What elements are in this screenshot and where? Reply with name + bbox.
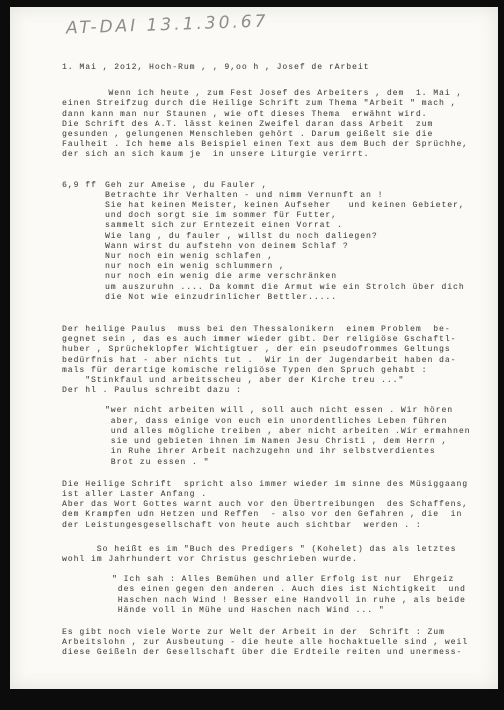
document-body: 1. Mai , 2o12, Hoch-Rum , , 9,oo h , Jos… [62,63,488,659]
dateline: 1. Mai , 2o12, Hoch-Rum , , 9,oo h , Jos… [62,63,488,73]
paragraph-schrift: Die Heilige Schrift spricht also immer w… [62,480,488,531]
kohelet-quote: " Ich sah : Alles Bemühen und aller Erfo… [112,575,488,616]
paragraph-closing: Es gibt noch viele Worte zur Welt der Ar… [62,628,488,659]
proverbs-quote-block: 6,9 ff Geh zur Ameise , du Fauler , Betr… [62,181,488,303]
paragraph-intro: Wenn ich heute , zum Fest Josef des Arbe… [62,89,488,160]
archival-annotation: AT-DAI 13.1.30.67 [66,11,269,38]
paragraph-kohelet: So heißt es im "Buch des Predigers " (Ko… [62,545,488,565]
proverbs-quote: Geh zur Ameise , du Fauler , Betrachte i… [105,181,465,303]
document-page: AT-DAI 13.1.30.67 1. Mai , 2o12, Hoch-Ru… [10,7,498,689]
paulus-quote: "wer nicht arbeiten will , soll auch nic… [105,406,488,467]
paragraph-paulus: Der heilige Paulus muss bei den Thessalo… [62,325,488,396]
bible-reference: 6,9 ff [62,181,105,191]
